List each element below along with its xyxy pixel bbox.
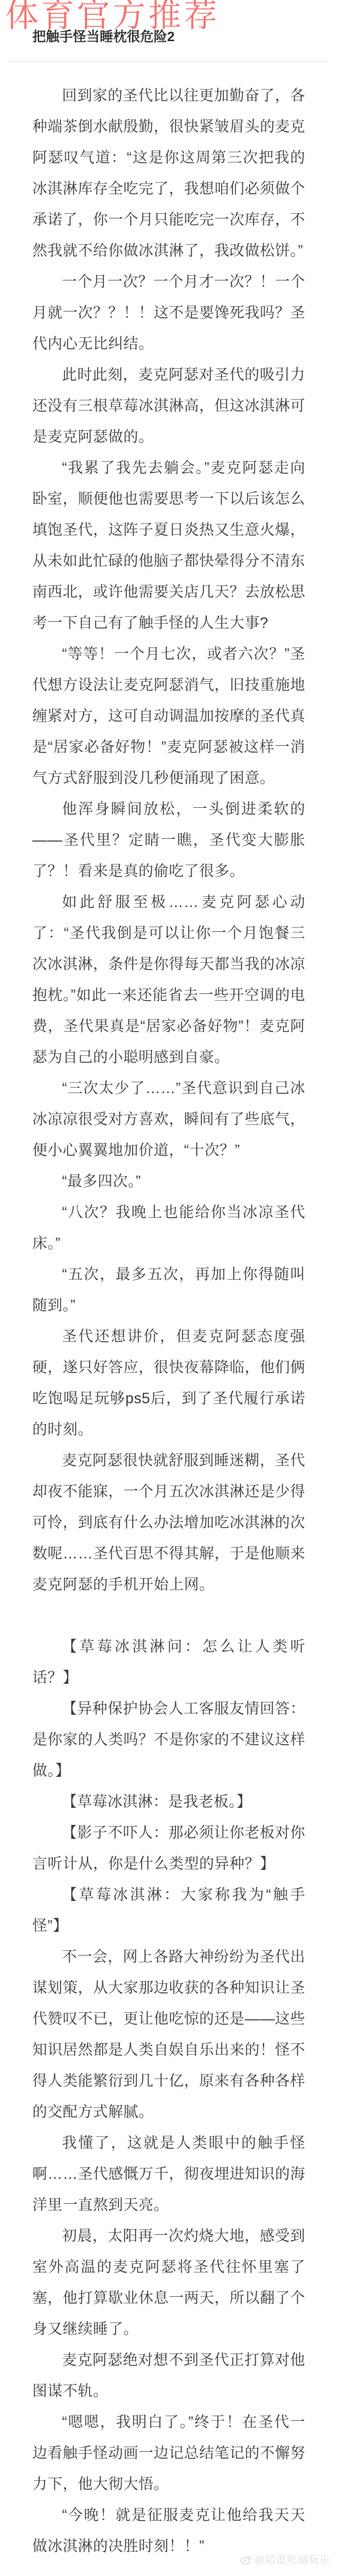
watermark-handle: @陪逛吃瑞玩乐 [255, 2552, 330, 2567]
story-paragraph: 圣代还想讲价，但麦克阿瑟态度强硬，遂只好答应，很快夜幕降临，他们俩吃饱喝足玩够p… [32, 1321, 305, 1445]
story-paragraph: 【草莓冰淇淋问：怎么让人类听话？】 [32, 1631, 305, 1693]
story-paragraph: “等等！一个月七次，或者六次？”圣代想方设法让麦克阿瑟消气，旧技重施地缠紧对方，… [32, 639, 305, 794]
story-paragraph: “八次？我晚上也能给你当冰凉圣代床。” [32, 1197, 305, 1259]
story-paragraph: 麦克阿瑟绝对想不到圣代正打算对他图谋不轨。 [32, 2345, 305, 2407]
story-paragraph: “三次太少了……”圣代意识到自己冰冰凉凉很受对方喜欢，瞬间有了些底气，便小心翼翼… [32, 1073, 305, 1166]
story-paragraph: 此时此刻，麦克阿瑟对圣代的吸引力还没有三根草莓冰淇淋高，但这冰淇淋可是麦克阿瑟做… [32, 359, 305, 452]
story-paragraph: 【草莓冰淇淋：大家称我为“触手怪”】 [32, 1879, 305, 1941]
story-paragraph: 【影子不吓人：那必须让你老板对你言听计从，你是什么类型的异种？】 [32, 1817, 305, 1879]
poster-watermark: @陪逛吃瑞玩乐 [241, 2552, 330, 2567]
story-paragraph: “最多四次。” [32, 1166, 305, 1197]
header-divider [8, 61, 329, 62]
story-paragraph: 初晨，太阳再一次灼烧大地，感受到室外高温的麦克阿瑟将圣代往怀里塞了塞，他打算歇业… [32, 2221, 305, 2345]
story-paragraph: 一个月一次？一个月才一次？！一个月就一次？？！！这不是要馋死我吗？圣代内心无比纠… [32, 266, 305, 359]
story-paragraph: “嗯嗯，我明白了。”终于！在圣代一边看触手怪动画一边记总结笔记的不懈努力下，他大… [32, 2407, 305, 2500]
story-paragraph: “五次，最多五次，再加上你得随叫随到。” [32, 1259, 305, 1321]
ad-watermark-text: 体育官方推荐 [5, 0, 220, 34]
novel-screenshot-page: 体育官方推荐 把触手怪当睡枕很危险2 回到家的圣代比以往更加勤奋了，各种端茶倒水… [0, 0, 337, 2576]
story-paragraph: 我懂了，这就是人类眼中的触手怪啊……圣代感慨万千，彻夜埋进知识的海洋里一直熬到天… [32, 2128, 305, 2221]
story-paragraph: “我累了我先去躺会。”麦克阿瑟走向卧室，顺便他也需要思考一下以后该怎么填饱圣代，… [32, 452, 305, 639]
story-paragraph: 【异种保护协会人工客服友情回答：是你家的人类吗？不是你家的不建议这样做。】 [32, 1693, 305, 1786]
story-paragraph: 【草莓冰淇淋：是我老板。】 [32, 1786, 305, 1817]
story-paragraph: 如此舒服至极……麦克阿瑟心动了：“圣代我倒是可以让你一个月饱餐三次冰淇淋，条件是… [32, 887, 305, 1073]
story-paragraph: 麦克阿瑟很快就舒服到睡迷糊，圣代却夜不能寐，一个月五次冰淇淋还是少得可怜，到底有… [32, 1445, 305, 1600]
story-paragraph: 不一会，网上各路大神纷纷为圣代出谋划策，从大家那边收获的各种知识让圣代赞叹不已，… [32, 1941, 305, 2128]
weibo-logo-icon [241, 2554, 252, 2565]
story-paragraph: 回到家的圣代比以往更加勤奋了，各种端茶倒水献殷勤，很快紧皱眉头的麦克阿瑟叹气道：… [32, 80, 305, 266]
story-paragraph: 他浑身瞬间放松，一头倒进柔软的——圣代里？定睛一瞧，圣代变大膨胀了？！看来是真的… [32, 794, 305, 887]
story-body: 回到家的圣代比以往更加勤奋了，各种端茶倒水献殷勤，很快紧皱眉头的麦克阿瑟叹气道：… [0, 80, 337, 2562]
